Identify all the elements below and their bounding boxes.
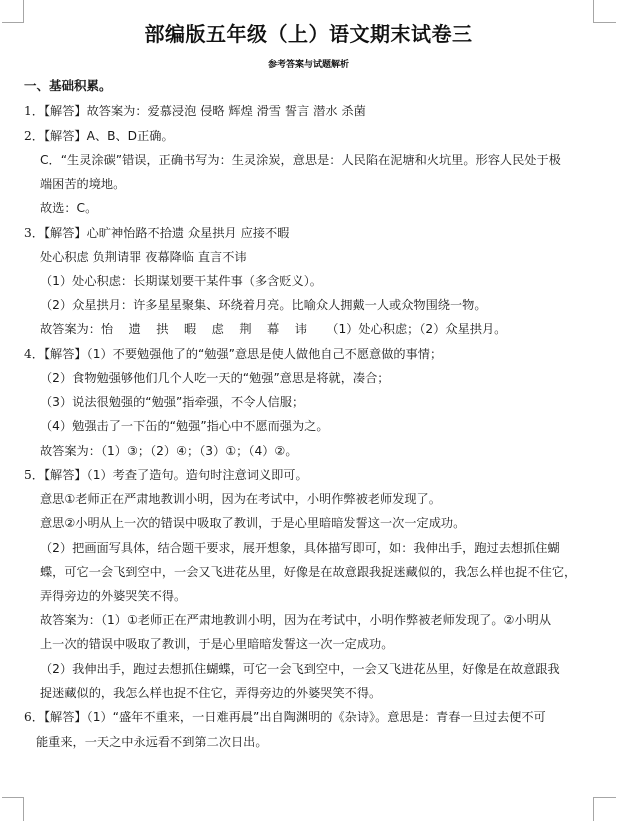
answer-line: 处心积虑 负荆请罪 夜幕降临 直言不讳 [40,249,247,265]
answer-line: 故答案为：怡 遗 拱 暇 虑 荆 幕 讳 （1）处心积虑；（2）众星拱月。 [40,321,506,337]
question-number: 5． [24,468,44,482]
answer-text: （1）“盛年不重来，一日难再晨”出自陶渊明的《杂诗》。意思是：青春一旦过去便不可 [87,710,546,724]
answer-line: （2）食物勉强够他们几个人吃一天的“勉强”意思是将就，凑合； [40,370,389,386]
answer-text: 故答案为：爱慕浸泡 侵略 辉煌 滑雪 誓言 潜水 杀菌 [87,104,366,118]
answer-line: 故答案为：（1）③；（2）④；（3）①；（4）②。 [40,443,298,459]
answer-line: 意思①老师正在严肃地教训小明，因为在考试中，小明作弊被老师发现了。 [40,491,441,507]
answer-line: 意思②小明从上一次的错误中吸取了教训，于是心里暗暗发誓这一次一定成功。 [40,515,465,531]
answer-line: 捉迷藏似的，我怎么样也捉不住它，弄得旁边的外婆哭笑不得。 [40,685,381,701]
answer-tag: 【解答】 [44,104,87,118]
answer-line: 故答案为：（1）①老师正在严肃地教训小明，因为在考试中，小明作弊被老师发现了。②… [40,612,551,628]
answer-tag: 【解答】 [44,468,87,482]
answer-text: （1）不要勉强他了的“勉强”意思是使人做他自己不愿意做的事情； [87,347,443,361]
answer-line: （2）我伸出手，跑过去想抓住蝴蝶，可它一会飞到空中，一会又飞进花丛里，好像是在故… [40,661,560,677]
answer-line-q3: 3．【解答】心旷神怡路不拾遗 众星拱月 应接不暇 [24,225,289,241]
answer-line: 蝶，可它一会飞到空中，一会又飞进花丛里，好像是在故意跟我捉迷藏似的，我怎么样也捉… [40,564,576,580]
answer-tag: 【解答】 [44,129,87,143]
answer-tag: 【解答】 [44,347,87,361]
answer-line-q4: 4．【解答】（1）不要勉强他了的“勉强”意思是使人做他自己不愿意做的事情； [24,346,442,362]
answer-line: （1）处心积虑：长期谋划要干某件事（多含贬义）。 [40,273,322,289]
answer-line: 弄得旁边的外婆哭笑不得。 [40,588,186,604]
answer-tag: 【解答】 [44,710,87,724]
document-title: 部编版五年级（上）语文期末试卷三 [0,18,617,47]
answer-line: （4）勉强击了一下缶的“勉强”指心中不愿而强为之。 [40,418,329,434]
question-number: 3． [24,226,44,240]
answer-line: C．“生灵涂碳”错误，正确书写为：生灵涂炭，意思是：人民陷在泥塘和火坑里。形容人… [40,152,561,168]
question-number: 1． [24,104,44,118]
answer-line-q5: 5．【解答】（1）考查了造句。造句时注意词义即可。 [24,467,308,483]
answer-line: 端困苦的境地。 [40,176,125,192]
page-corner-mark-bottom-left [2,797,24,821]
answer-text: （1）考查了造句。造句时注意词义即可。 [87,468,308,482]
answer-line: 故选：C。 [40,200,97,216]
question-number: 6． [24,710,44,724]
answer-line: 能重来，一天之中永远看不到第二次日出。 [36,734,268,750]
answer-text: A、B、D正确。 [87,129,174,143]
page-corner-mark-bottom-right [593,797,616,821]
answer-line-q1: 1．【解答】故答案为：爱慕浸泡 侵略 辉煌 滑雪 誓言 潜水 杀菌 [24,103,366,119]
answer-line: （2）把画面写具体，结合题干要求，展开想象，具体描写即可，如：我伸出手，跑过去想… [40,540,560,556]
answer-line-q2: 2．【解答】A、B、D正确。 [24,128,174,144]
answer-text: 心旷神怡路不拾遗 众星拱月 应接不暇 [87,226,290,240]
question-number: 2． [24,129,44,143]
answer-line: 上一次的错误中吸取了教训，于是心里暗暗发誓这一次一定成功。 [40,636,393,652]
answer-line: （2）众星拱月：许多星星聚集、环绕着月亮。比喻众人拥戴一人或众物围绕一物。 [40,297,487,313]
answer-tag: 【解答】 [44,226,87,240]
answer-line-q6: 6．【解答】（1）“盛年不重来，一日难再晨”出自陶渊明的《杂诗》。意思是：青春一… [24,709,546,725]
answer-line: （3）说法很勉强的“勉强”指牵强，不令人信服； [40,394,304,410]
question-number: 4． [24,347,44,361]
section-heading: 一、基础积累。 [24,78,112,94]
document-subtitle: 参考答案与试题解析 [0,57,617,70]
